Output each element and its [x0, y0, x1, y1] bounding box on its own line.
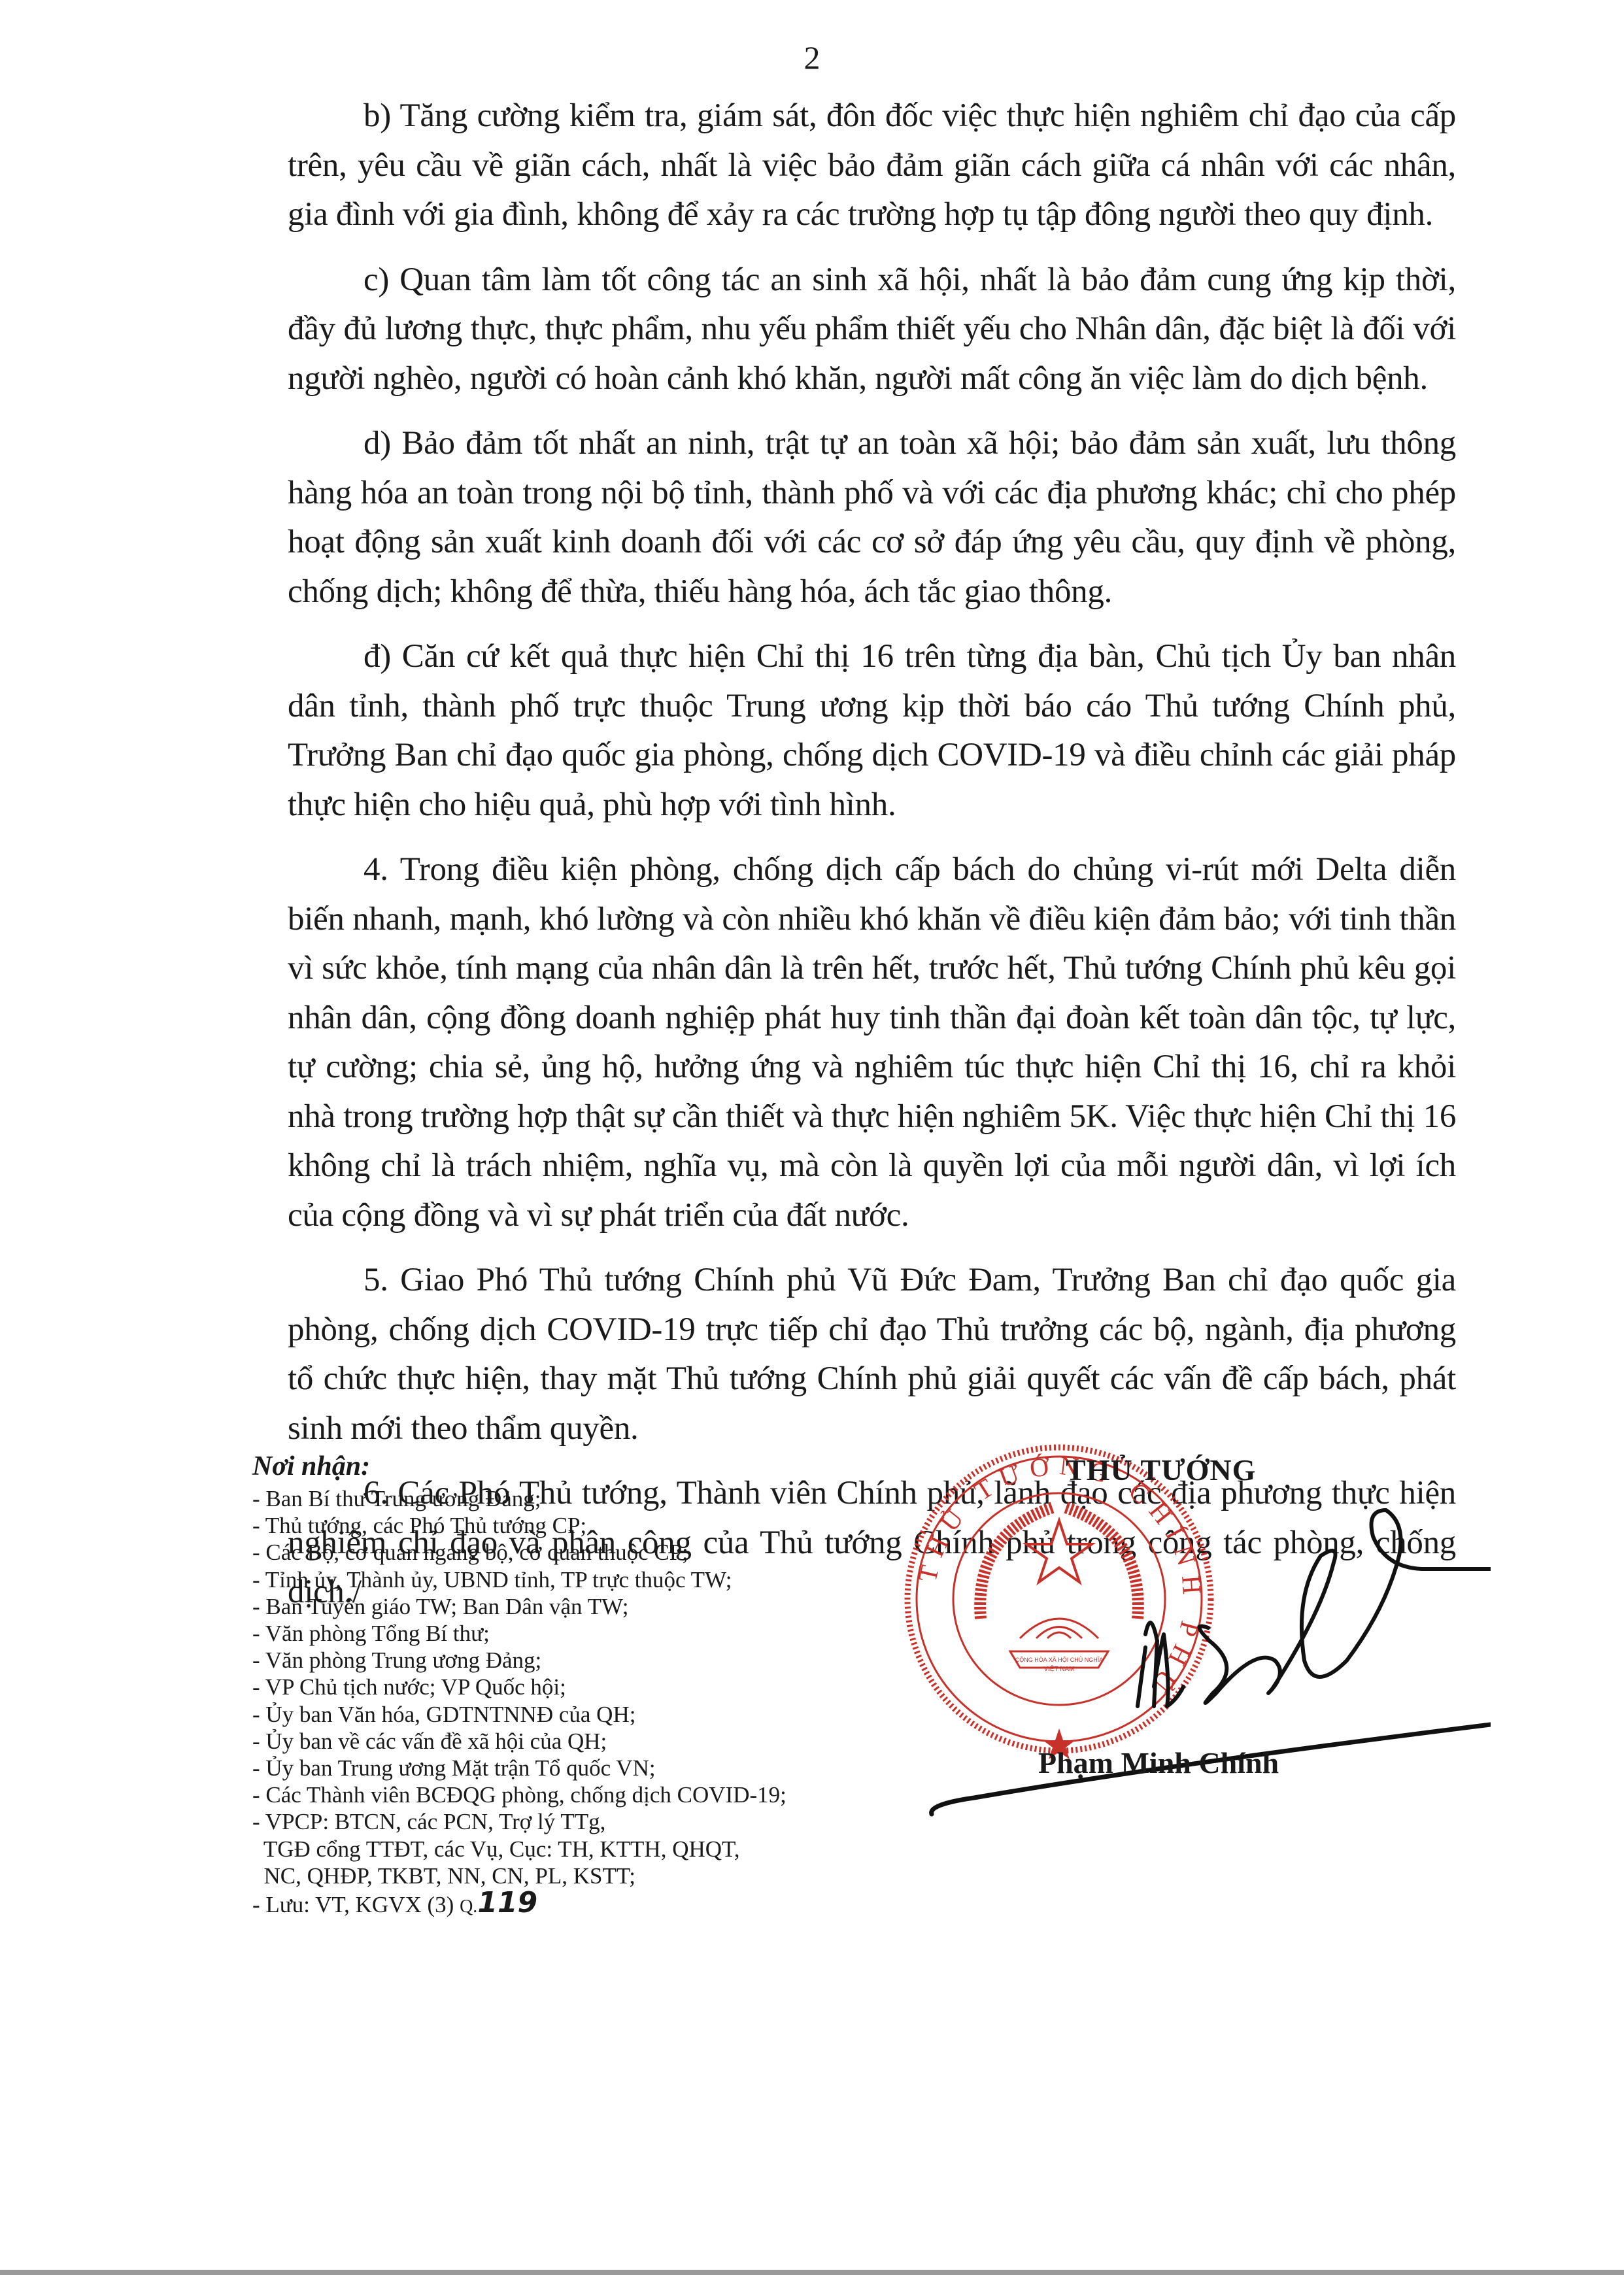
- recipient-item: - Các Bộ, cơ quan ngang bộ, cơ quan thuộ…: [252, 1539, 906, 1566]
- scan-bottom-edge: [0, 2270, 1624, 2275]
- recipient-item: - Tỉnh ủy, Thành ủy, UBND tỉnh, TP trực …: [252, 1566, 906, 1593]
- recipients-list: - Ban Bí thư Trung ương Đảng; - Thủ tướn…: [252, 1485, 906, 1920]
- recipient-item: - Ban Bí thư Trung ương Đảng;: [252, 1485, 906, 1512]
- signer-name: Phạm Minh Chính: [1038, 1745, 1279, 1780]
- recipients-block: Nơi nhận: - Ban Bí thư Trung ương Đảng; …: [252, 1450, 906, 1920]
- recipient-item: - Văn phòng Tổng Bí thư;: [252, 1620, 906, 1647]
- recipient-item: - Ủy ban về các vấn đề xã hội của QH;: [252, 1728, 906, 1755]
- recipients-title: Nơi nhận:: [252, 1450, 906, 1483]
- recipient-item: - VPCP: BTCN, các PCN, Trợ lý TTg,: [252, 1808, 906, 1835]
- paragraph-b: b) Tăng cường kiểm tra, giám sát, đôn đố…: [288, 92, 1456, 240]
- paragraph-dd: đ) Căn cứ kết quả thực hiện Chỉ thị 16 t…: [288, 632, 1456, 830]
- paragraph-d: d) Bảo đảm tốt nhất an ninh, trật tự an …: [288, 419, 1456, 616]
- page-number: 2: [0, 38, 1624, 77]
- recipient-item: - Văn phòng Trung ương Đảng;: [252, 1647, 906, 1674]
- recipient-item: - Các Thành viên BCĐQG phòng, chống dịch…: [252, 1781, 906, 1808]
- archive-q: Q.: [460, 1896, 477, 1917]
- archive-handwritten-number: 119: [477, 1886, 537, 1919]
- signature-block: THỦ TƯỚNG CHÍNH PHỦ CỘNG HÒA XÃ HỘI CHỦ …: [902, 1412, 1491, 1817]
- recipient-item: - Ủy ban Trung ương Mặt trận Tổ quốc VN;: [252, 1755, 906, 1781]
- paragraph-4: 4. Trong điều kiện phòng, chống dịch cấp…: [288, 845, 1456, 1240]
- archive-prefix: - Lưu: VT, KGVX (3): [252, 1892, 454, 1917]
- recipient-item: - Ban Tuyên giáo TW; Ban Dân vận TW;: [252, 1593, 906, 1620]
- recipient-item: - VP Chủ tịch nước; VP Quốc hội;: [252, 1674, 906, 1700]
- recipient-item: - Thủ tướng, các Phó Thủ tướng CP;: [252, 1512, 906, 1539]
- archive-line: - Lưu: VT, KGVX (3) Q.119: [252, 1889, 906, 1920]
- paragraph-c: c) Quan tâm làm tốt công tác an sinh xã …: [288, 256, 1456, 404]
- document-body: b) Tăng cường kiểm tra, giám sát, đôn đố…: [288, 92, 1456, 1633]
- recipient-item: TGĐ cổng TTĐT, các Vụ, Cục: TH, KTTH, QH…: [252, 1836, 906, 1862]
- recipient-item: NC, QHĐP, TKBT, NN, CN, PL, KSTT;: [252, 1862, 906, 1889]
- recipient-item: - Ủy ban Văn hóa, GDTNTNNĐ của QH;: [252, 1701, 906, 1728]
